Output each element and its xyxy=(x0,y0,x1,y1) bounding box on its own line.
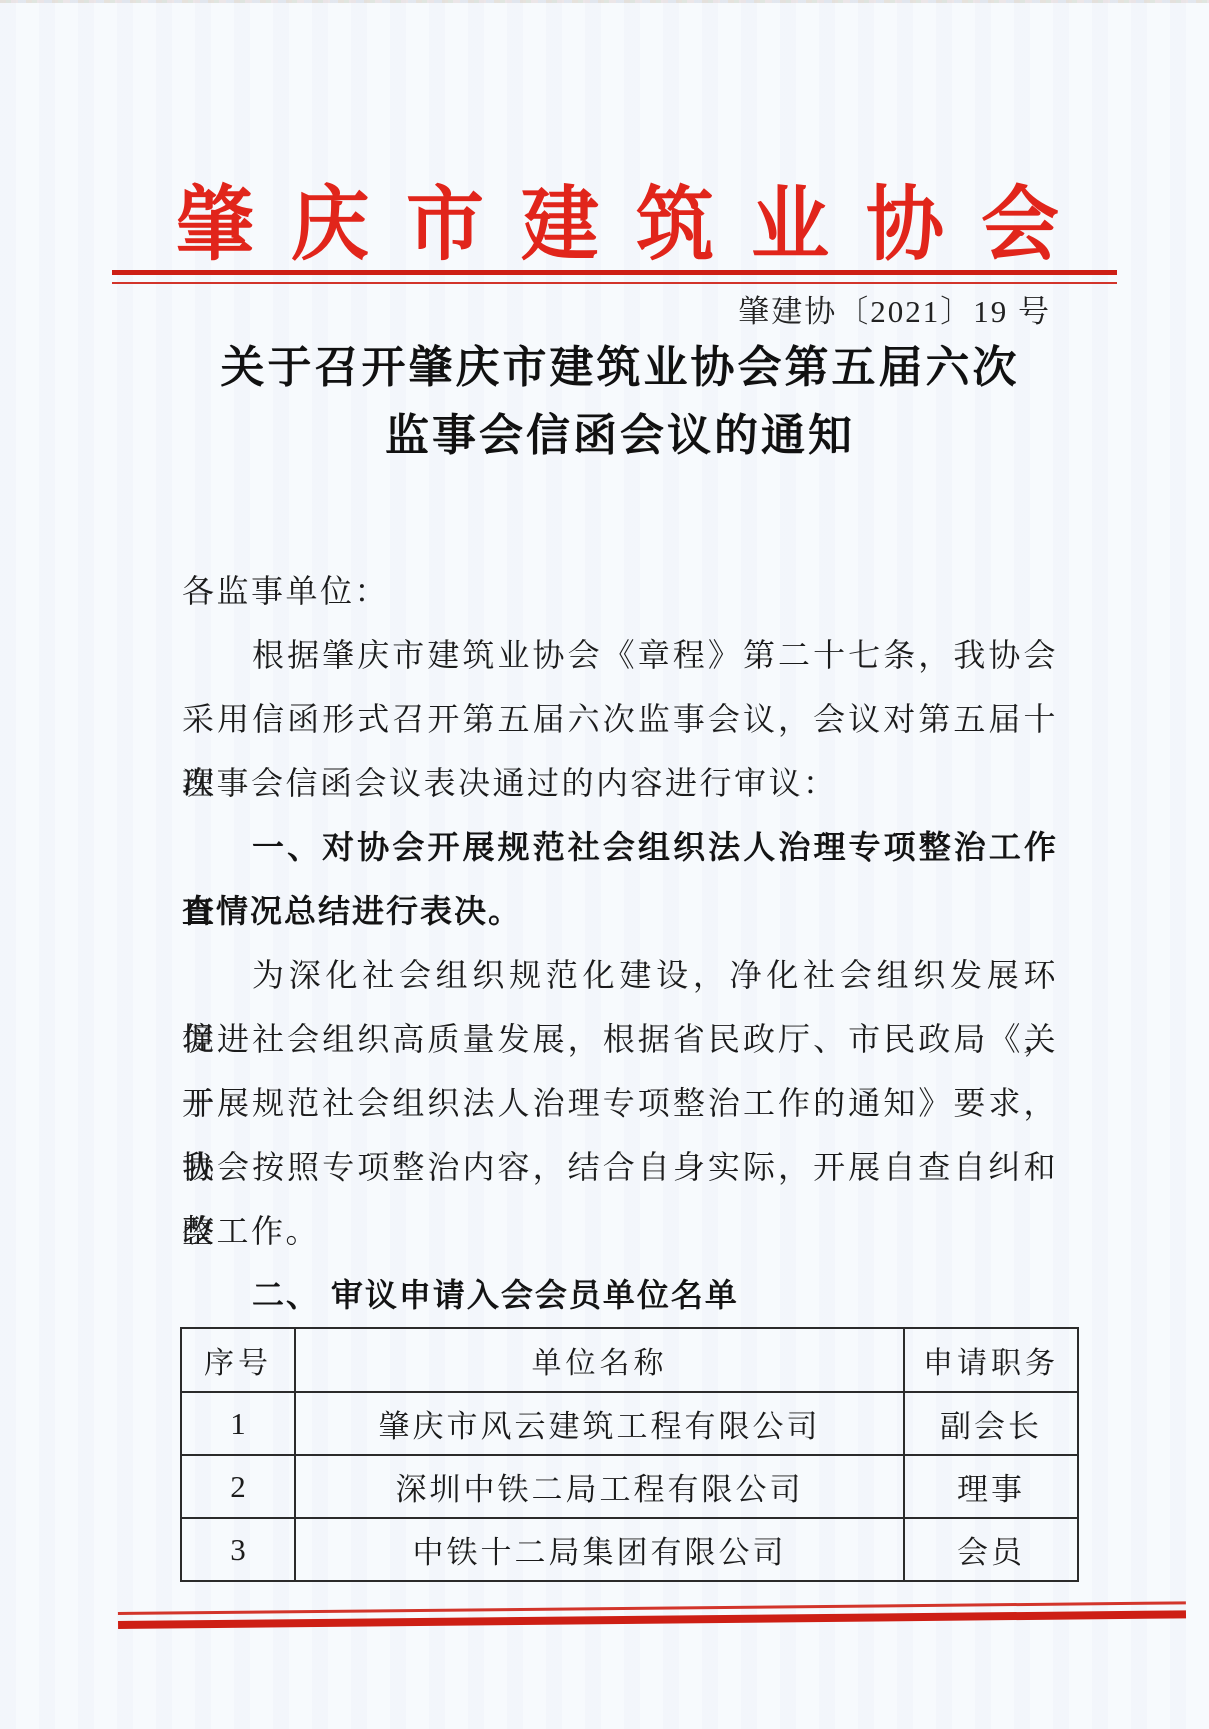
document-number: 肇建协〔2021〕19 号 xyxy=(738,286,1051,331)
page-title-line-2: 监事会信函会议的通知 xyxy=(182,402,1058,470)
table-row: 3 中铁十二局集团有限公司 会员 xyxy=(181,1518,1078,1581)
section-heading-1-line: 一、对协会开展规范社会组织法人治理专项整治工作自 xyxy=(182,815,1058,879)
footer-divider xyxy=(118,1601,1186,1629)
table-cell-unit-name: 深圳中铁二局工程有限公司 xyxy=(295,1455,904,1518)
paragraph-line: 理事会信函会议表决通过的内容进行审议： xyxy=(182,751,1058,815)
table-cell-unit-name: 肇庆市风云建筑工程有限公司 xyxy=(295,1392,904,1455)
members-table: 序号 单位名称 申请职务 1 肇庆市风云建筑工程有限公司 副会长 2 深圳中铁二… xyxy=(180,1327,1079,1582)
document-page: 肇庆市建筑业协会 肇建协〔2021〕19 号 关于召开肇庆市建筑业协会第五届六次… xyxy=(0,0,1209,1729)
letterhead-org-name: 肇庆市建筑业协会 xyxy=(176,160,1096,276)
document-body: 各监事单位： 根据肇庆市建筑业协会《章程》第二十七条，我协会 采用信函形式召开第… xyxy=(182,559,1058,1582)
paragraph-line: 改工作。 xyxy=(182,1199,1058,1263)
paragraph-line: 促进社会组织高质量发展，根据省民政厅、市民政局《关于 xyxy=(182,1007,1058,1071)
table-row: 1 肇庆市风云建筑工程有限公司 副会长 xyxy=(181,1392,1078,1455)
table-cell-position: 会员 xyxy=(904,1518,1078,1581)
page-title-line-1: 关于召开肇庆市建筑业协会第五届六次 xyxy=(182,334,1058,402)
table-cell-position: 理事 xyxy=(904,1455,1078,1518)
table-cell-index: 3 xyxy=(181,1518,295,1581)
page-title: 关于召开肇庆市建筑业协会第五届六次 监事会信函会议的通知 xyxy=(182,334,1058,470)
letterhead-divider xyxy=(112,270,1117,284)
table-cell-index: 1 xyxy=(181,1392,295,1455)
table-cell-unit-name: 中铁十二局集团有限公司 xyxy=(295,1518,904,1581)
paragraph-line: 为深化社会组织规范化建设，净化社会组织发展环境， xyxy=(182,943,1058,1007)
letterhead-divider-thin-line xyxy=(112,282,1117,284)
table-header-cell-unit-name: 单位名称 xyxy=(295,1328,904,1392)
table-row: 2 深圳中铁二局工程有限公司 理事 xyxy=(181,1455,1078,1518)
table-header-cell-position: 申请职务 xyxy=(904,1328,1078,1392)
table-header-cell-index: 序号 xyxy=(181,1328,295,1392)
scan-edge-artifact xyxy=(0,0,1209,3)
table-cell-position: 副会长 xyxy=(904,1392,1078,1455)
paragraph-line: 采用信函形式召开第五届六次监事会议，会议对第五届十次 xyxy=(182,687,1058,751)
paragraph-line: 根据肇庆市建筑业协会《章程》第二十七条，我协会 xyxy=(182,623,1058,687)
paragraph-line: 协会按照专项整治内容，结合自身实际，开展自查自纠和整 xyxy=(182,1135,1058,1199)
salutation: 各监事单位： xyxy=(182,559,1058,623)
letterhead-divider-thick-line xyxy=(112,270,1117,275)
section-heading-2: 二、 审议申请入会会员单位名单 xyxy=(182,1263,1058,1327)
paragraph-line: 开展规范社会组织法人治理专项整治工作的通知》要求，我 xyxy=(182,1071,1058,1135)
table-header-row: 序号 单位名称 申请职务 xyxy=(181,1328,1078,1392)
section-heading-1-line: 查情况总结进行表决。 xyxy=(182,879,1058,943)
table-cell-index: 2 xyxy=(181,1455,295,1518)
